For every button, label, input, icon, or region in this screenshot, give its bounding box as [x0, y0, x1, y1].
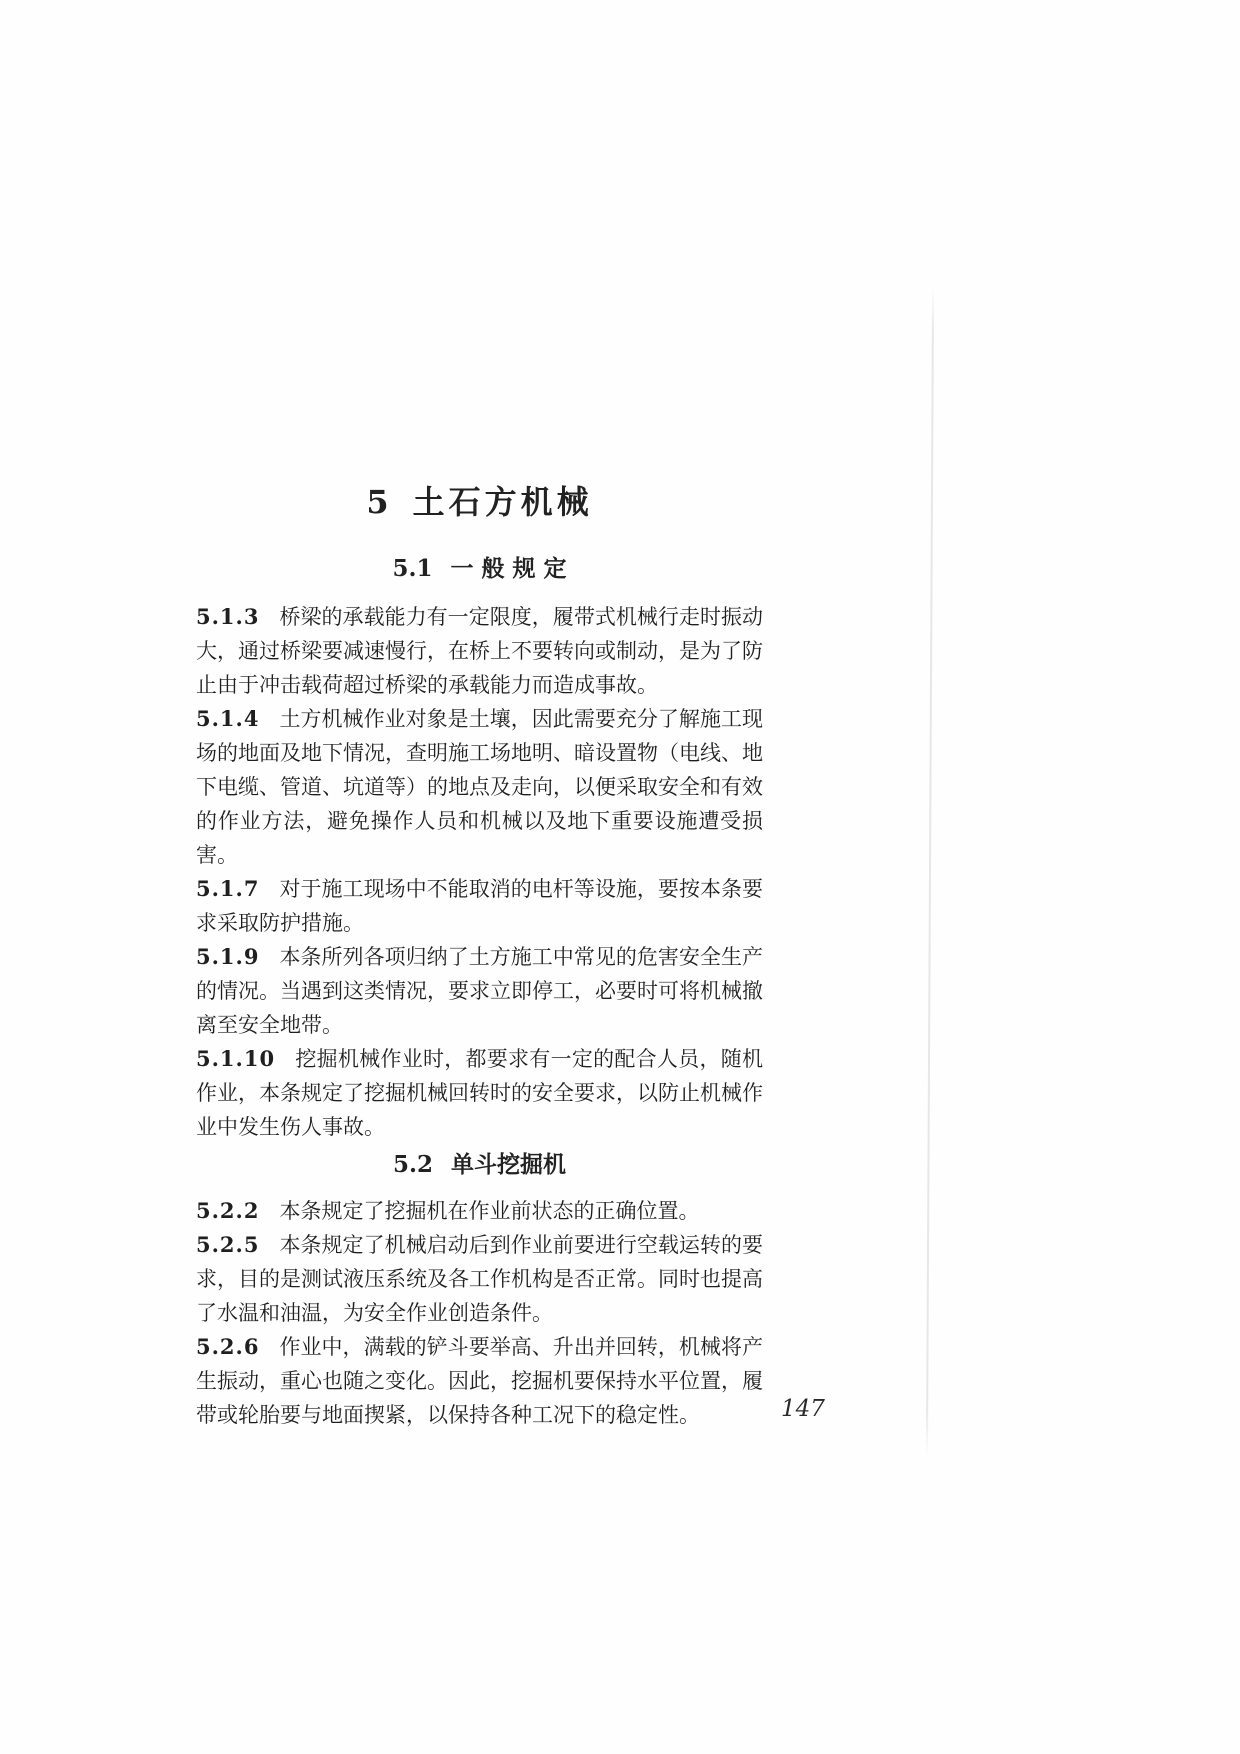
clause-5-1-4: 5.1.4土方机械作业对象是土壤，因此需要充分了解施工现场的地面及地下情况，查明…: [196, 702, 763, 872]
section-heading-5-1: 5.1一 般 规 定: [196, 556, 763, 582]
section-heading-5-2: 5.2单斗挖掘机: [196, 1152, 763, 1178]
section-number: 5.2: [393, 1151, 433, 1178]
section-name: 一 般 规 定: [450, 555, 566, 582]
text-column: 5土石方机械 5.1一 般 规 定 5.1.3桥梁的承载能力有一定限度，履带式机…: [196, 0, 763, 1432]
clause-5-2-2: 5.2.2本条规定了挖掘机在作业前状态的正确位置。: [196, 1194, 763, 1228]
clause-text: 挖掘机械作业时，都要求有一定的配合人员，随机作业，本条规定了挖掘机械回转时的安全…: [196, 1047, 763, 1139]
section-name: 单斗挖掘机: [451, 1151, 566, 1178]
section-5-2-body: 5.2.2本条规定了挖掘机在作业前状态的正确位置。 5.2.5本条规定了机械启动…: [196, 1194, 763, 1432]
clause-number: 5.1.10: [196, 1046, 275, 1071]
scan-edge-line: [926, 287, 934, 1457]
clause-text: 桥梁的承载能力有一定限度，履带式机械行走时振动大，通过桥梁要减速慢行，在桥上不要…: [196, 605, 763, 697]
clause-number: 5.2.6: [196, 1334, 259, 1359]
clause-text: 本条所列各项归纳了土方施工中常见的危害安全生产的情况。当遇到这类情况，要求立即停…: [196, 945, 763, 1037]
clause-5-1-10: 5.1.10挖掘机械作业时，都要求有一定的配合人员，随机作业，本条规定了挖掘机械…: [196, 1042, 763, 1144]
clause-5-1-3: 5.1.3桥梁的承载能力有一定限度，履带式机械行走时振动大，通过桥梁要减速慢行，…: [196, 600, 763, 702]
clause-5-1-7: 5.1.7对于施工现场中不能取消的电杆等设施，要按本条要求采取防护措施。: [196, 872, 763, 940]
section-number: 5.1: [392, 555, 432, 582]
clause-5-1-9: 5.1.9本条所列各项归纳了土方施工中常见的危害安全生产的情况。当遇到这类情况，…: [196, 940, 763, 1042]
clause-text: 作业中，满载的铲斗要举高、升出并回转，机械将产生振动，重心也随之变化。因此，挖掘…: [196, 1335, 763, 1427]
chapter-number: 5: [366, 483, 388, 521]
section-5-1-body: 5.1.3桥梁的承载能力有一定限度，履带式机械行走时振动大，通过桥梁要减速慢行，…: [196, 600, 763, 1144]
clause-text: 对于施工现场中不能取消的电杆等设施，要按本条要求采取防护措施。: [196, 877, 763, 935]
clause-text: 土方机械作业对象是土壤，因此需要充分了解施工现场的地面及地下情况，查明施工场地明…: [196, 707, 763, 867]
clause-number: 5.1.4: [196, 706, 259, 731]
document-page: 5土石方机械 5.1一 般 规 定 5.1.3桥梁的承载能力有一定限度，履带式机…: [0, 0, 1240, 1754]
clause-text: 本条规定了机械启动后到作业前要进行空载运转的要求，目的是测试液压系统及各工作机构…: [196, 1233, 763, 1325]
clause-number: 5.1.7: [196, 876, 259, 901]
clause-5-2-6: 5.2.6作业中，满载的铲斗要举高、升出并回转，机械将产生振动，重心也随之变化。…: [196, 1330, 763, 1432]
clause-5-2-5: 5.2.5本条规定了机械启动后到作业前要进行空载运转的要求，目的是测试液压系统及…: [196, 1228, 763, 1330]
page-number: 147: [781, 1396, 825, 1422]
chapter-title: 5土石方机械: [196, 484, 763, 520]
clause-text: 本条规定了挖掘机在作业前状态的正确位置。: [279, 1199, 699, 1223]
chapter-name: 土石方机械: [413, 483, 593, 521]
clause-number: 5.2.2: [196, 1198, 259, 1223]
clause-number: 5.1.9: [196, 944, 259, 969]
clause-number: 5.2.5: [196, 1232, 259, 1257]
clause-number: 5.1.3: [196, 604, 259, 629]
